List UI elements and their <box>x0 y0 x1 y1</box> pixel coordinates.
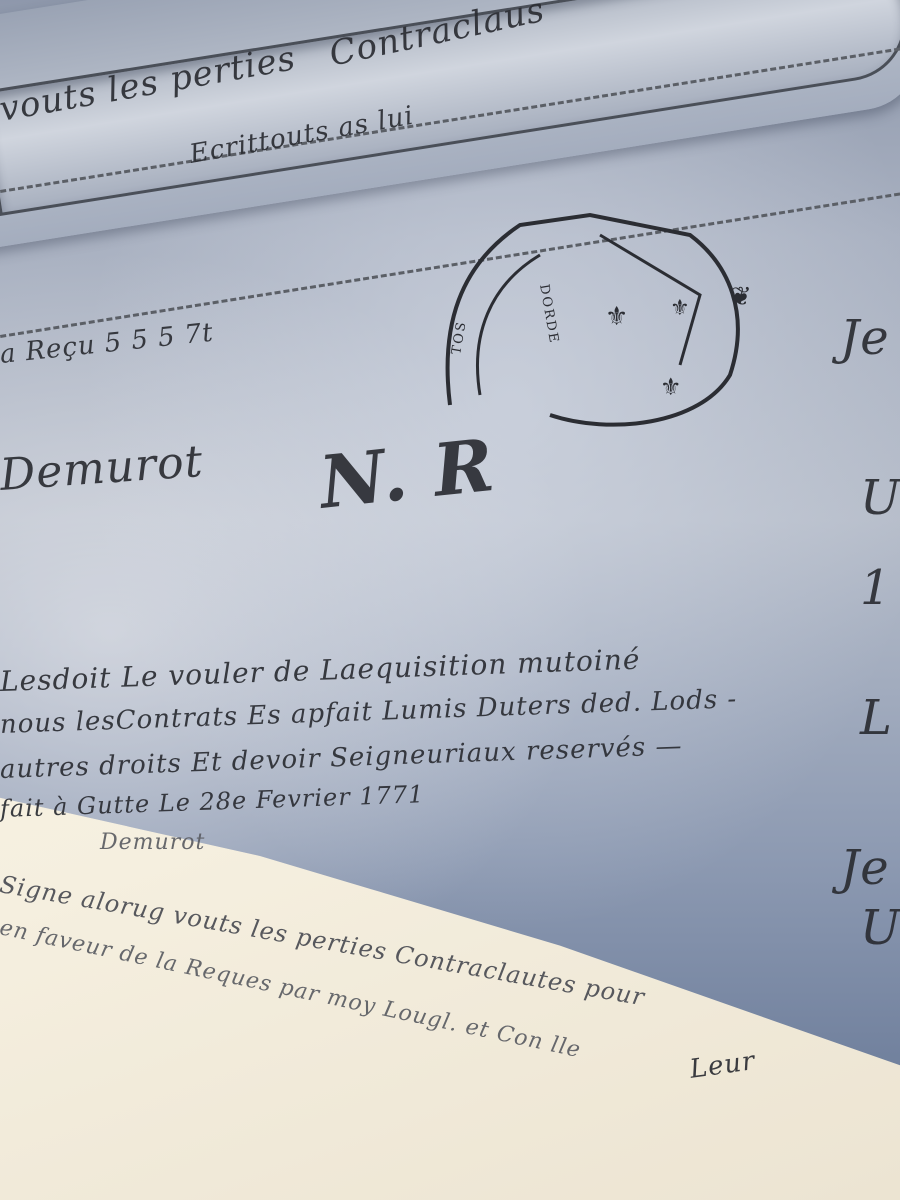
svg-text:⚜: ⚜ <box>660 373 682 401</box>
engraved-line: Demurot <box>100 830 205 855</box>
engraved-calligraphy: vouts les perties Contraclaus Ecrittouts… <box>0 0 900 1200</box>
svg-text:DORDE: DORDE <box>536 283 561 345</box>
engraved-right-letter: Je <box>840 840 890 896</box>
engraved-monogram: N. R <box>316 422 499 525</box>
engraved-right-letter: Uo <box>860 900 900 956</box>
engraved-line: fait à Gutte Le 28e Fevrier 1771 <box>0 780 425 823</box>
engraved-right-letter: Uo <box>860 470 900 526</box>
engraved-right-letter: L <box>860 690 893 746</box>
engraved-line: vouts les perties <box>0 38 299 129</box>
svg-text:⚜: ⚜ <box>605 302 628 332</box>
svg-text:⚜: ⚜ <box>670 296 690 321</box>
engraved-right-letter: 1 <box>860 560 892 616</box>
svg-text:❦: ❦ <box>730 282 752 312</box>
engraved-line: Ecrittouts as lui <box>187 101 416 170</box>
engraved-signature: Demurot <box>0 436 205 501</box>
engraved-line: Contraclaus <box>326 0 549 75</box>
engraved-right-letter: Je <box>840 310 890 366</box>
heraldic-crest-icon: TOS DORDE ⚜ ⚜ ⚜ ❦ <box>430 205 770 435</box>
engraved-date-mark: a Reçu 5 5 5 7t <box>0 318 215 370</box>
leather-clutch-photo: vouts les perties Contraclaus Ecrittouts… <box>0 0 900 1200</box>
engraved-line: Leur <box>688 1046 757 1085</box>
engraved-line: autres droits Et devoir Seigneuriaux res… <box>0 731 683 785</box>
engraved-line: Lesdoit Le vouler de Laequisition mutoin… <box>0 643 641 698</box>
